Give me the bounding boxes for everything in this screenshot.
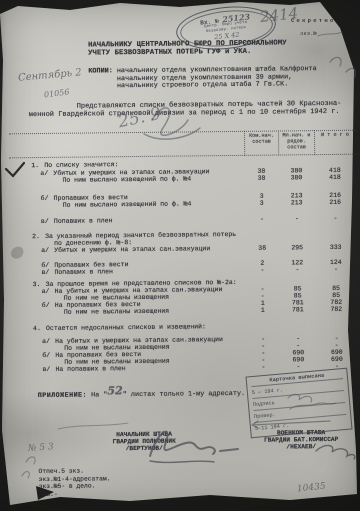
table-row: в/Попавших в плен--- [32, 215, 356, 225]
attachment-sheet-count: 52 [107, 384, 122, 397]
body-line2: менной Гвардейской стрелковой дивизии за… [29, 108, 360, 120]
cell-total: 216 [315, 199, 356, 206]
cell-total: - [315, 266, 356, 273]
cell-officers: 1 [246, 307, 280, 314]
row-prefix: 4. [33, 325, 46, 332]
row-label: Попавших в плен [54, 267, 245, 276]
scanned-document: Секретно экз.№ Вх. № 25123 Центр. бюро у… [0, 0, 360, 511]
cell-enlisted: 213 [279, 199, 315, 206]
handwriting-copy-mark: № 5 3 [28, 442, 54, 454]
row-label: По ним выслано извещений по ф. №4 [62, 175, 244, 184]
cell-officers: - [246, 364, 280, 371]
row-prefix: б/ [42, 352, 55, 359]
row-prefix: в/ [41, 218, 54, 225]
row-prefix: 2. [32, 233, 45, 240]
distribution-note: Отпеч.5 экз. экз.№1-4-адресатам. экз.№5-… [38, 467, 110, 498]
table-header: Ком.нач. состав Мл.нач. и рядов. состав … [244, 130, 355, 156]
cell-enlisted: 781 [280, 306, 316, 313]
cell-enlisted: - [279, 215, 315, 222]
card-issued-stamp: Карточка выписана 5 — 194 г. Подпись Про… [245, 368, 352, 439]
copies-label: КОПИИ: [88, 68, 113, 91]
cell-officers: 38 [245, 245, 279, 252]
row-label: На попавших в плен [55, 364, 246, 373]
row-label: Попавших в плен [54, 216, 245, 225]
cell-officers: 38 [244, 175, 278, 182]
header-total: И т о г о [314, 130, 355, 155]
attachment-pre: На " [91, 391, 107, 399]
cell-total: 418 [314, 174, 355, 181]
cell-enlisted: - [279, 266, 315, 273]
copies-list: начальнику отдела укомплектования штаба … [117, 66, 317, 91]
attachment-label: ПРИЛОЖЕНИЕ: [38, 392, 87, 401]
row-prefix: б/ [41, 195, 54, 202]
cell-officers: - [245, 216, 279, 223]
row-prefix: 1. [31, 162, 44, 169]
row-label: По ним не высланы извещения [64, 307, 246, 316]
copies-block: КОПИИ: начальнику отдела укомплектования… [88, 66, 317, 91]
cell-total: 333 [315, 244, 356, 251]
table-rows: 1.По списку значится:а/Убитых и умерших … [31, 157, 357, 373]
table-row: 4.Остается недосланных списков и извещен… [33, 322, 357, 332]
row-prefix: а/ [40, 170, 53, 177]
header-enlisted: Мл.нач. и рядов. состав [278, 130, 314, 155]
cell-officers: 3 [245, 200, 279, 207]
distribution-line: К.В.- [39, 490, 111, 498]
row-prefix: в/ [41, 269, 54, 276]
copies-item: начальнику строевого отдела штаба 7 Гв.С… [117, 81, 317, 91]
cell-enlisted: 295 [279, 244, 315, 251]
row-label: Остается недосланных списков и извещений… [46, 323, 246, 332]
header-officers: Ком.нач. состав [244, 131, 278, 156]
cell-enlisted: 380 [278, 174, 314, 181]
recipient-block: НАЧАЛЬНИКУ ЦЕНТРАЛЬНОГО БЮРО ПО ПЕРСОНАЛ… [88, 39, 287, 57]
chief-name: /ВЕРТУНОВ/ [82, 445, 206, 454]
cell-officers: - [245, 267, 279, 274]
body-paragraph: Представляются списки безвозвратных поте… [29, 100, 360, 120]
signature-block-chief: НАЧАЛЬНИК ШТАБА ГВАРДИИ ПОЛКОВНИК /ВЕРТУ… [82, 430, 206, 453]
cell-total: - [315, 215, 356, 222]
attachment-line: ПРИЛОЖЕНИЕ: На "52" листах только 1-му а… [38, 385, 246, 400]
recipient-line2: УЧЕТУ БЕЗВОЗВРАТНЫХ ПОТЕРЬ ГУФ и УКА. [88, 48, 287, 58]
cell-total: 782 [316, 306, 357, 313]
commissar-name: /НЕХАЕВ/ [240, 443, 360, 451]
cell-enlisted: - [280, 363, 316, 370]
attachment-post: " листах только 1-му адресату. [123, 390, 245, 399]
row-label: Убитых и умерших на этапах сан.эвакуации [54, 245, 245, 254]
row-prefix: в/ [42, 366, 55, 373]
row-prefix: а/ [41, 247, 54, 254]
row-prefix: б/ [42, 302, 55, 309]
row-prefix: а/ [42, 338, 55, 345]
row-label: По ним выслано извещений по ф. №4 [63, 200, 245, 209]
row-prefix: а/ [42, 288, 55, 295]
